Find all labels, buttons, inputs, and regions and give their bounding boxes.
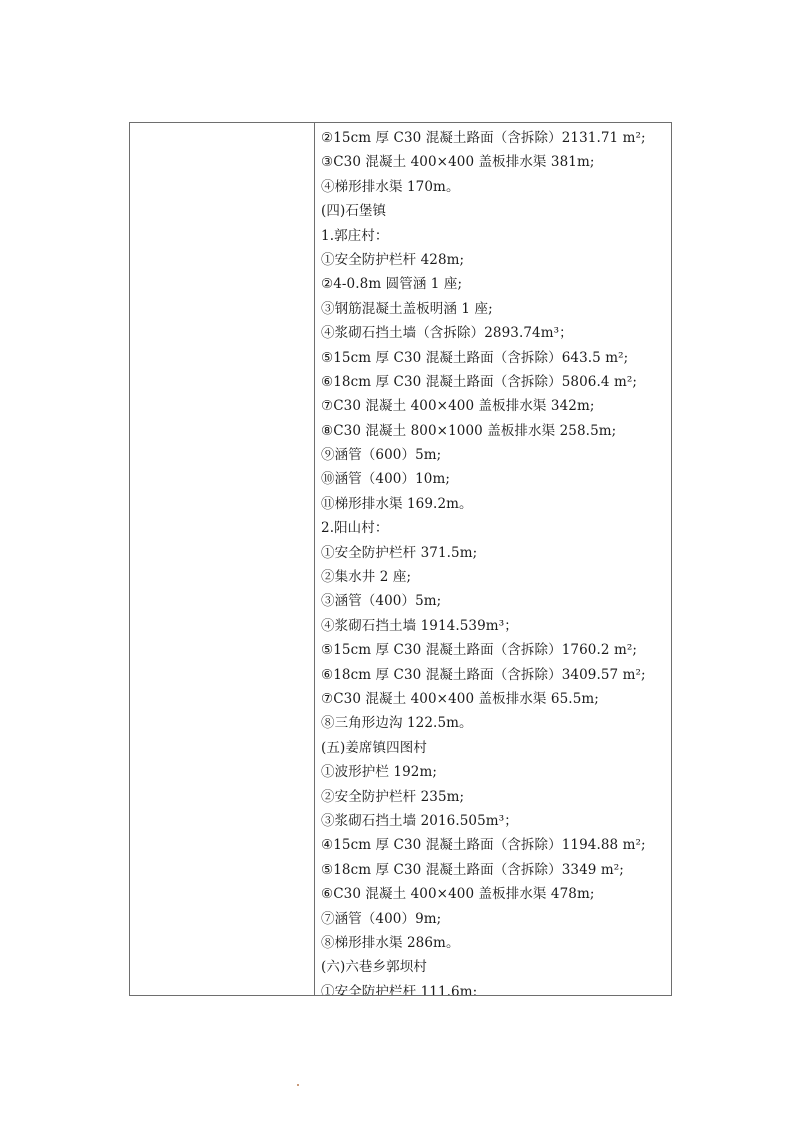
table-right-cell: ②15cm 厚 C30 混凝土路面（含拆除）2131.71 m²; ③C30 混… <box>315 123 671 995</box>
item-line: ⑨涵管（600）5m; <box>321 443 671 467</box>
item-line: ⑪梯形排水渠 169.2m。 <box>321 492 671 516</box>
item-line: ⑥18cm 厚 C30 混凝土路面（含拆除）3409.57 m²; <box>321 663 671 687</box>
item-line: ④浆砌石挡土墙（含拆除）2893.74m³； <box>321 321 671 345</box>
item-line: ⑥C30 混凝土 400×400 盖板排水渠 478m; <box>321 882 671 906</box>
item-line: ②4-0.8m 圆管涵 1 座; <box>321 272 671 296</box>
item-line: ⑩涵管（400）10m; <box>321 467 671 491</box>
item-line: ⑦C30 混凝土 400×400 盖板排水渠 342m; <box>321 394 671 418</box>
item-line: ⑧梯形排水渠 286m。 <box>321 931 671 955</box>
item-line: ⑤18cm 厚 C30 混凝土路面（含拆除）3349 m²; <box>321 858 671 882</box>
scan-artifact-dot <box>297 1084 299 1086</box>
item-line: ③C30 混凝土 400×400 盖板排水渠 381m; <box>321 150 671 174</box>
item-line: ⑤15cm 厚 C30 混凝土路面（含拆除）643.5 m²; <box>321 346 671 370</box>
item-line: ③钢筋混凝土盖板明涵 1 座; <box>321 297 671 321</box>
item-line: ①安全防护栏杆 428m; <box>321 248 671 272</box>
item-line: ②15cm 厚 C30 混凝土路面（含拆除）2131.71 m²; <box>321 126 671 150</box>
item-line: ⑧三角形边沟 122.5m。 <box>321 711 671 735</box>
item-line: ⑤15cm 厚 C30 混凝土路面（含拆除）1760.2 m²; <box>321 638 671 662</box>
item-line: ⑧C30 混凝土 800×1000 盖板排水渠 258.5m; <box>321 419 671 443</box>
content-table: ②15cm 厚 C30 混凝土路面（含拆除）2131.71 m²; ③C30 混… <box>129 122 672 996</box>
section-heading: (五)姜席镇四图村 <box>321 736 671 760</box>
subsection-heading: 2.阳山村： <box>321 516 671 540</box>
item-line: ③涵管（400）5m; <box>321 589 671 613</box>
item-line: ③浆砌石挡土墙 2016.505m³； <box>321 809 671 833</box>
item-line: ①安全防护栏杆 111.6m; <box>321 980 671 995</box>
section-heading: (四)石堡镇 <box>321 199 671 223</box>
item-line: ④15cm 厚 C30 混凝土路面（含拆除）1194.88 m²; <box>321 833 671 857</box>
item-line: ④浆砌石挡土墙 1914.539m³； <box>321 614 671 638</box>
item-line: ④梯形排水渠 170m。 <box>321 175 671 199</box>
item-line: ⑦涵管（400）9m; <box>321 907 671 931</box>
table-left-cell <box>130 123 315 995</box>
subsection-heading: 1.郭庄村： <box>321 224 671 248</box>
section-heading: (六)六巷乡郭坝村 <box>321 955 671 979</box>
item-line: ⑦C30 混凝土 400×400 盖板排水渠 65.5m; <box>321 687 671 711</box>
item-line: ⑥18cm 厚 C30 混凝土路面（含拆除）5806.4 m²; <box>321 370 671 394</box>
item-line: ①安全防护栏杆 371.5m; <box>321 541 671 565</box>
item-line: ②安全防护栏杆 235m; <box>321 785 671 809</box>
item-line: ②集水井 2 座; <box>321 565 671 589</box>
item-line: ①波形护栏 192m; <box>321 760 671 784</box>
